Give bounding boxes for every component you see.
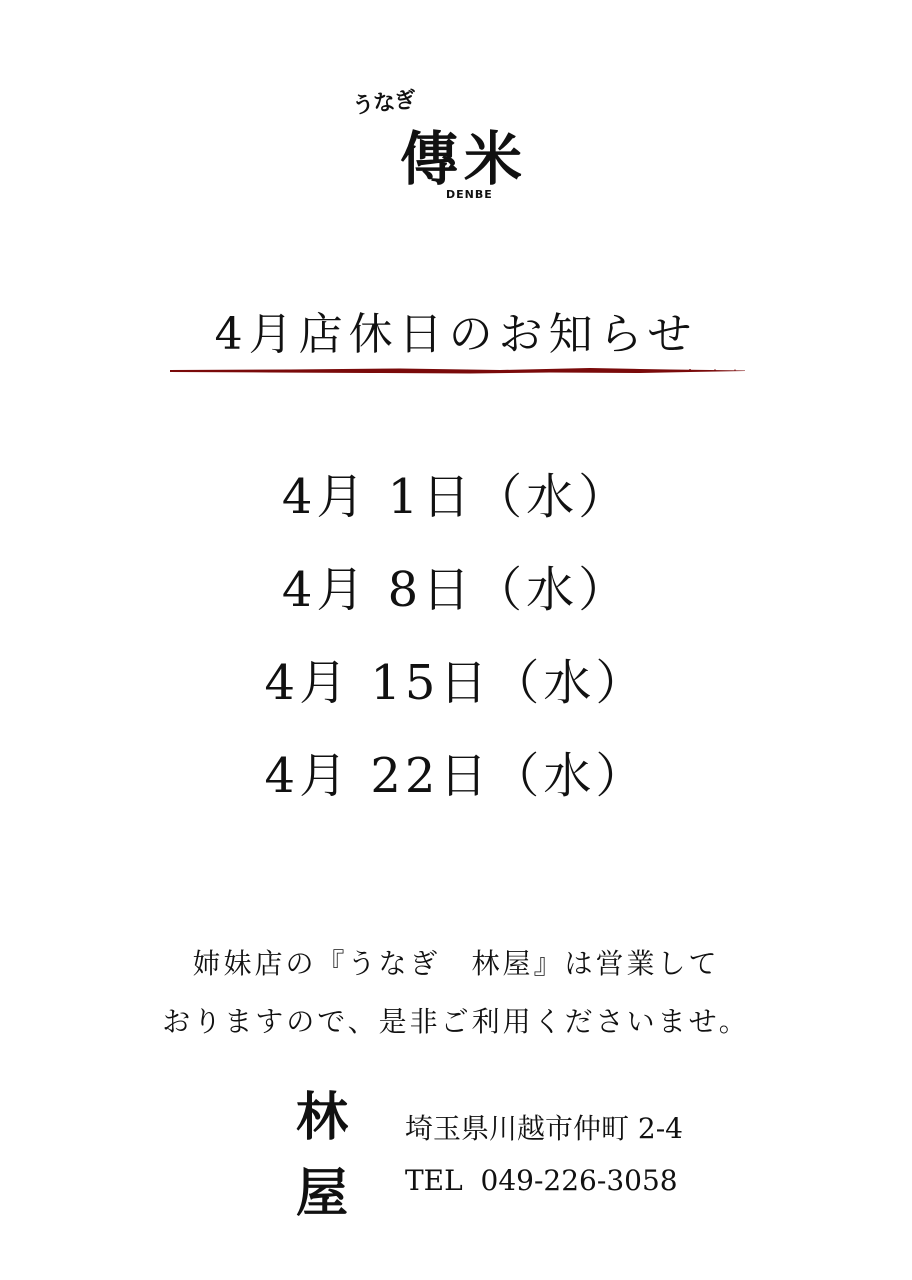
closed-date: 4月 8日（水） [0, 555, 912, 648]
note-line-1: 姉妹店の『うなぎ 林屋』は営業して [0, 935, 912, 993]
closed-date: 4月 15日（水） [0, 648, 912, 741]
closed-dates-list: 4月 1日（水） 4月 8日（水） 4月 15日（水） 4月 22日（水） [0, 462, 912, 834]
logo-kanji: 傳米 [400, 112, 528, 196]
denbe-logo: うなぎ 傳米 DENBE [340, 80, 580, 205]
address: 埼玉県川越市仲町 2-4 [405, 1103, 683, 1155]
page-title: 4月店休日のお知らせ [0, 298, 912, 362]
logo-char: 屋 [292, 1156, 352, 1232]
brush-underline [170, 367, 745, 375]
contact-info: 埼玉県川越市仲町 2-4 TEL 049-226-3058 [405, 1103, 683, 1207]
hayashiya-logo: 林 屋 [292, 1080, 352, 1232]
logo-char: 林 [292, 1080, 352, 1156]
note-line-2: おりますので、是非ご利用くださいませ。 [0, 993, 912, 1051]
closed-date: 4月 1日（水） [0, 462, 912, 555]
logo-roman: DENBE [446, 188, 493, 201]
telephone: TEL 049-226-3058 [405, 1155, 683, 1207]
closed-date: 4月 22日（水） [0, 741, 912, 834]
sister-store-note: 姉妹店の『うなぎ 林屋』は営業して おりますので、是非ご利用くださいませ。 [0, 935, 912, 1051]
